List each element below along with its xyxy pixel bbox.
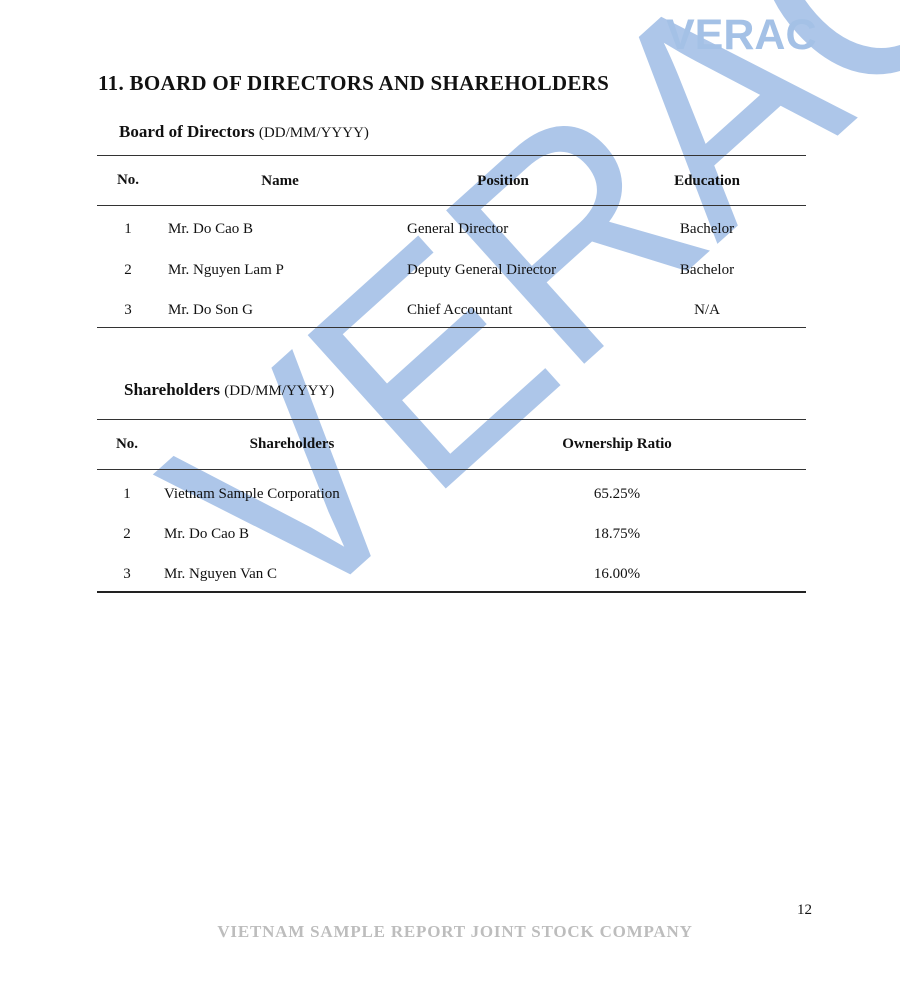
board-header-rule <box>97 205 806 206</box>
watermark-text: VERAC <box>120 0 900 663</box>
board-row-no: 1 <box>124 221 132 238</box>
shareholder-row-ratio: 16.00% <box>594 566 640 583</box>
board-col-education: Education <box>674 173 740 190</box>
board-col-name: Name <box>261 173 299 190</box>
board-title: Board of Directors <box>119 122 255 141</box>
shareholders-col-name: Shareholders <box>250 436 335 453</box>
shareholders-col-ratio: Ownership Ratio <box>562 436 672 453</box>
shareholder-row-ratio: 65.25% <box>594 486 640 503</box>
shareholders-subtitle: Shareholders (DD/MM/YYYY) <box>124 380 334 400</box>
shareholders-title: Shareholders <box>124 380 220 399</box>
board-date: (DD/MM/YYYY) <box>259 125 369 141</box>
board-bottom-rule <box>97 327 806 328</box>
board-top-rule <box>97 155 806 156</box>
footer-company: VIETNAM SAMPLE REPORT JOINT STOCK COMPAN… <box>217 922 692 942</box>
shareholders-header-rule <box>97 469 806 470</box>
board-row-name: Mr. Do Cao B <box>168 221 253 238</box>
watermark: VERAC <box>0 0 900 983</box>
shareholder-row-name: Mr. Do Cao B <box>164 526 249 543</box>
section-title: 11. BOARD OF DIRECTORS AND SHAREHOLDERS <box>98 71 609 96</box>
verac-logo: VERAC <box>666 14 817 57</box>
shareholder-row-no: 2 <box>123 526 131 543</box>
shareholder-row-name: Vietnam Sample Corporation <box>164 486 340 503</box>
board-col-position: Position <box>477 173 529 190</box>
board-row-no: 3 <box>124 302 132 319</box>
shareholder-row-name: Mr. Nguyen Van C <box>164 566 277 583</box>
board-row-education: N/A <box>694 302 720 319</box>
page-number: 12 <box>797 902 812 919</box>
board-row-name: Mr. Nguyen Lam P <box>168 262 284 279</box>
board-row-education: Bachelor <box>680 221 734 238</box>
board-row-position: General Director <box>407 221 508 238</box>
shareholders-date: (DD/MM/YYYY) <box>224 383 334 399</box>
shareholder-row-no: 1 <box>123 486 131 503</box>
board-row-name: Mr. Do Son G <box>168 302 253 319</box>
board-col-no: No. <box>117 172 139 189</box>
shareholders-top-rule <box>97 419 806 420</box>
shareholder-row-no: 3 <box>123 566 131 583</box>
board-row-education: Bachelor <box>680 262 734 279</box>
shareholders-bottom-rule <box>97 591 806 593</box>
board-row-position: Chief Accountant <box>407 302 512 319</box>
shareholders-col-no: No. <box>116 436 138 453</box>
board-subtitle: Board of Directors (DD/MM/YYYY) <box>119 122 369 142</box>
board-row-position: Deputy General Director <box>407 262 556 279</box>
shareholder-row-ratio: 18.75% <box>594 526 640 543</box>
board-row-no: 2 <box>124 262 132 279</box>
